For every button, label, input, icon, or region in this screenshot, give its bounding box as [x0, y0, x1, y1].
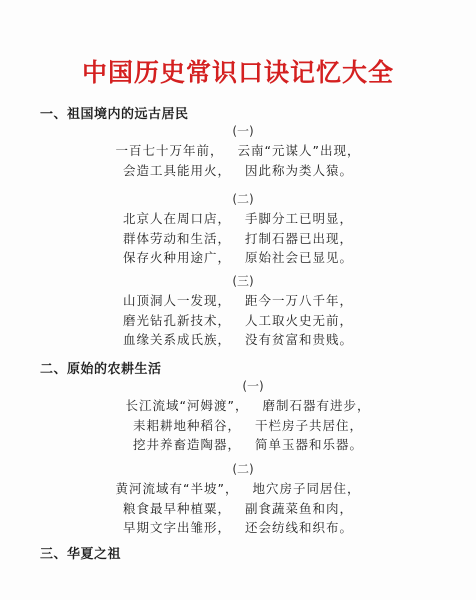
- verse-group-2-2: (二) 黄河流域有“半坡”，地穴房子同居住， 粮食最早种植粟，副食蔬菜鱼和肉， …: [0, 462, 476, 538]
- verse-number: (二): [0, 462, 476, 477]
- verse-number: (二): [0, 192, 476, 207]
- section-heading-2: 二、原始的农耕生活: [40, 362, 162, 378]
- document-title: 中国历史常识口诀记忆大全: [0, 58, 476, 88]
- verse-group-1-1: (一) 一百七十万年前，云南“元谋人”出现， 会造工具能用火，因此称为类人猿。: [0, 124, 476, 180]
- verse-line: 会造工具能用火，因此称为类人猿。: [0, 161, 476, 181]
- verse-line-second-half: 副食蔬菜鱼和肉，: [245, 499, 353, 519]
- verse-line-second-half: 距今一万八千年，: [245, 291, 353, 311]
- verse-line: 山顶洞人一发现，距今一万八千年，: [0, 291, 476, 311]
- verse-line-first-half: 群体劳动和生活，: [123, 229, 231, 249]
- verse-line-first-half: 血缘关系成氏族，: [123, 330, 231, 350]
- verse-line-first-half: 一百七十万年前，: [116, 141, 224, 161]
- verse-line: 一百七十万年前，云南“元谋人”出现，: [0, 141, 476, 161]
- verse-line: 北京人在周口店，手脚分工已明显，: [0, 209, 476, 229]
- verse-line-first-half: 长江流域“河姆渡”，: [126, 396, 249, 416]
- verse-line: 早期文字出雏形，还会纺线和织布。: [0, 518, 476, 538]
- verse-line: 粮食最早种植粟，副食蔬菜鱼和肉，: [0, 499, 476, 519]
- verse-line-second-half: 人工取火史无前，: [245, 311, 353, 331]
- verse-line-second-half: 原始社会已显见。: [245, 248, 353, 268]
- verse-line-second-half: 干栏房子共居住，: [255, 416, 363, 436]
- verse-line-first-half: 耒耜耕地种稻谷，: [133, 416, 241, 436]
- verse-number: (一): [0, 379, 476, 394]
- verse-line-first-half: 会造工具能用火，: [123, 161, 231, 181]
- verse-line-second-half: 打制石器已出现，: [245, 229, 353, 249]
- verse-line: 血缘关系成氏族，没有贫富和贵贱。: [0, 330, 476, 350]
- verse-line-second-half: 没有贫富和贵贱。: [245, 330, 353, 350]
- verse-line-second-half: 云南“元谋人”出现，: [238, 141, 361, 161]
- verse-line-second-half: 还会纺线和织布。: [245, 518, 353, 538]
- verse-line-second-half: 地穴房子同居住，: [252, 479, 360, 499]
- verse-line: 磨光钻孔新技术，人工取火史无前，: [0, 311, 476, 331]
- verse-line-first-half: 粮食最早种植粟，: [123, 499, 231, 519]
- verse-line: 耒耜耕地种稻谷，干栏房子共居住，: [0, 416, 476, 436]
- verse-line: 保存火种用途广，原始社会已显见。: [0, 248, 476, 268]
- verse-group-1-3: (三) 山顶洞人一发现，距今一万八千年， 磨光钻孔新技术，人工取火史无前， 血缘…: [0, 274, 476, 350]
- verse-line-second-half: 因此称为类人猿。: [245, 161, 353, 181]
- verse-line-second-half: 磨制石器有进步，: [262, 396, 370, 416]
- verse-line-second-half: 手脚分工已明显，: [245, 209, 353, 229]
- verse-line: 挖井养畜造陶器，简单玉器和乐器。: [0, 435, 476, 455]
- verse-line-first-half: 北京人在周口店，: [123, 209, 231, 229]
- verse-number: (一): [0, 124, 476, 139]
- section-heading-3: 三、华夏之祖: [40, 547, 121, 563]
- section-heading-1: 一、祖国境内的远古居民: [40, 107, 189, 123]
- verse-line-first-half: 挖井养畜造陶器，: [133, 435, 241, 455]
- document-page: 中国历史常识口诀记忆大全 一、祖国境内的远古居民 (一) 一百七十万年前，云南“…: [0, 0, 476, 600]
- verse-number: (三): [0, 274, 476, 289]
- verse-line: 黄河流域有“半坡”，地穴房子同居住，: [0, 479, 476, 499]
- verse-line-second-half: 简单玉器和乐器。: [255, 435, 363, 455]
- verse-line-first-half: 黄河流域有“半坡”，: [116, 479, 239, 499]
- verse-line: 群体劳动和生活，打制石器已出现，: [0, 229, 476, 249]
- verse-line-first-half: 山顶洞人一发现，: [123, 291, 231, 311]
- verse-group-1-2: (二) 北京人在周口店，手脚分工已明显， 群体劳动和生活，打制石器已出现， 保存…: [0, 192, 476, 268]
- verse-line: 长江流域“河姆渡”，磨制石器有进步，: [0, 396, 476, 416]
- verse-group-2-1: (一) 长江流域“河姆渡”，磨制石器有进步， 耒耜耕地种稻谷，干栏房子共居住， …: [0, 379, 476, 455]
- verse-line-first-half: 磨光钻孔新技术，: [123, 311, 231, 331]
- verse-line-first-half: 保存火种用途广，: [123, 248, 231, 268]
- verse-line-first-half: 早期文字出雏形，: [123, 518, 231, 538]
